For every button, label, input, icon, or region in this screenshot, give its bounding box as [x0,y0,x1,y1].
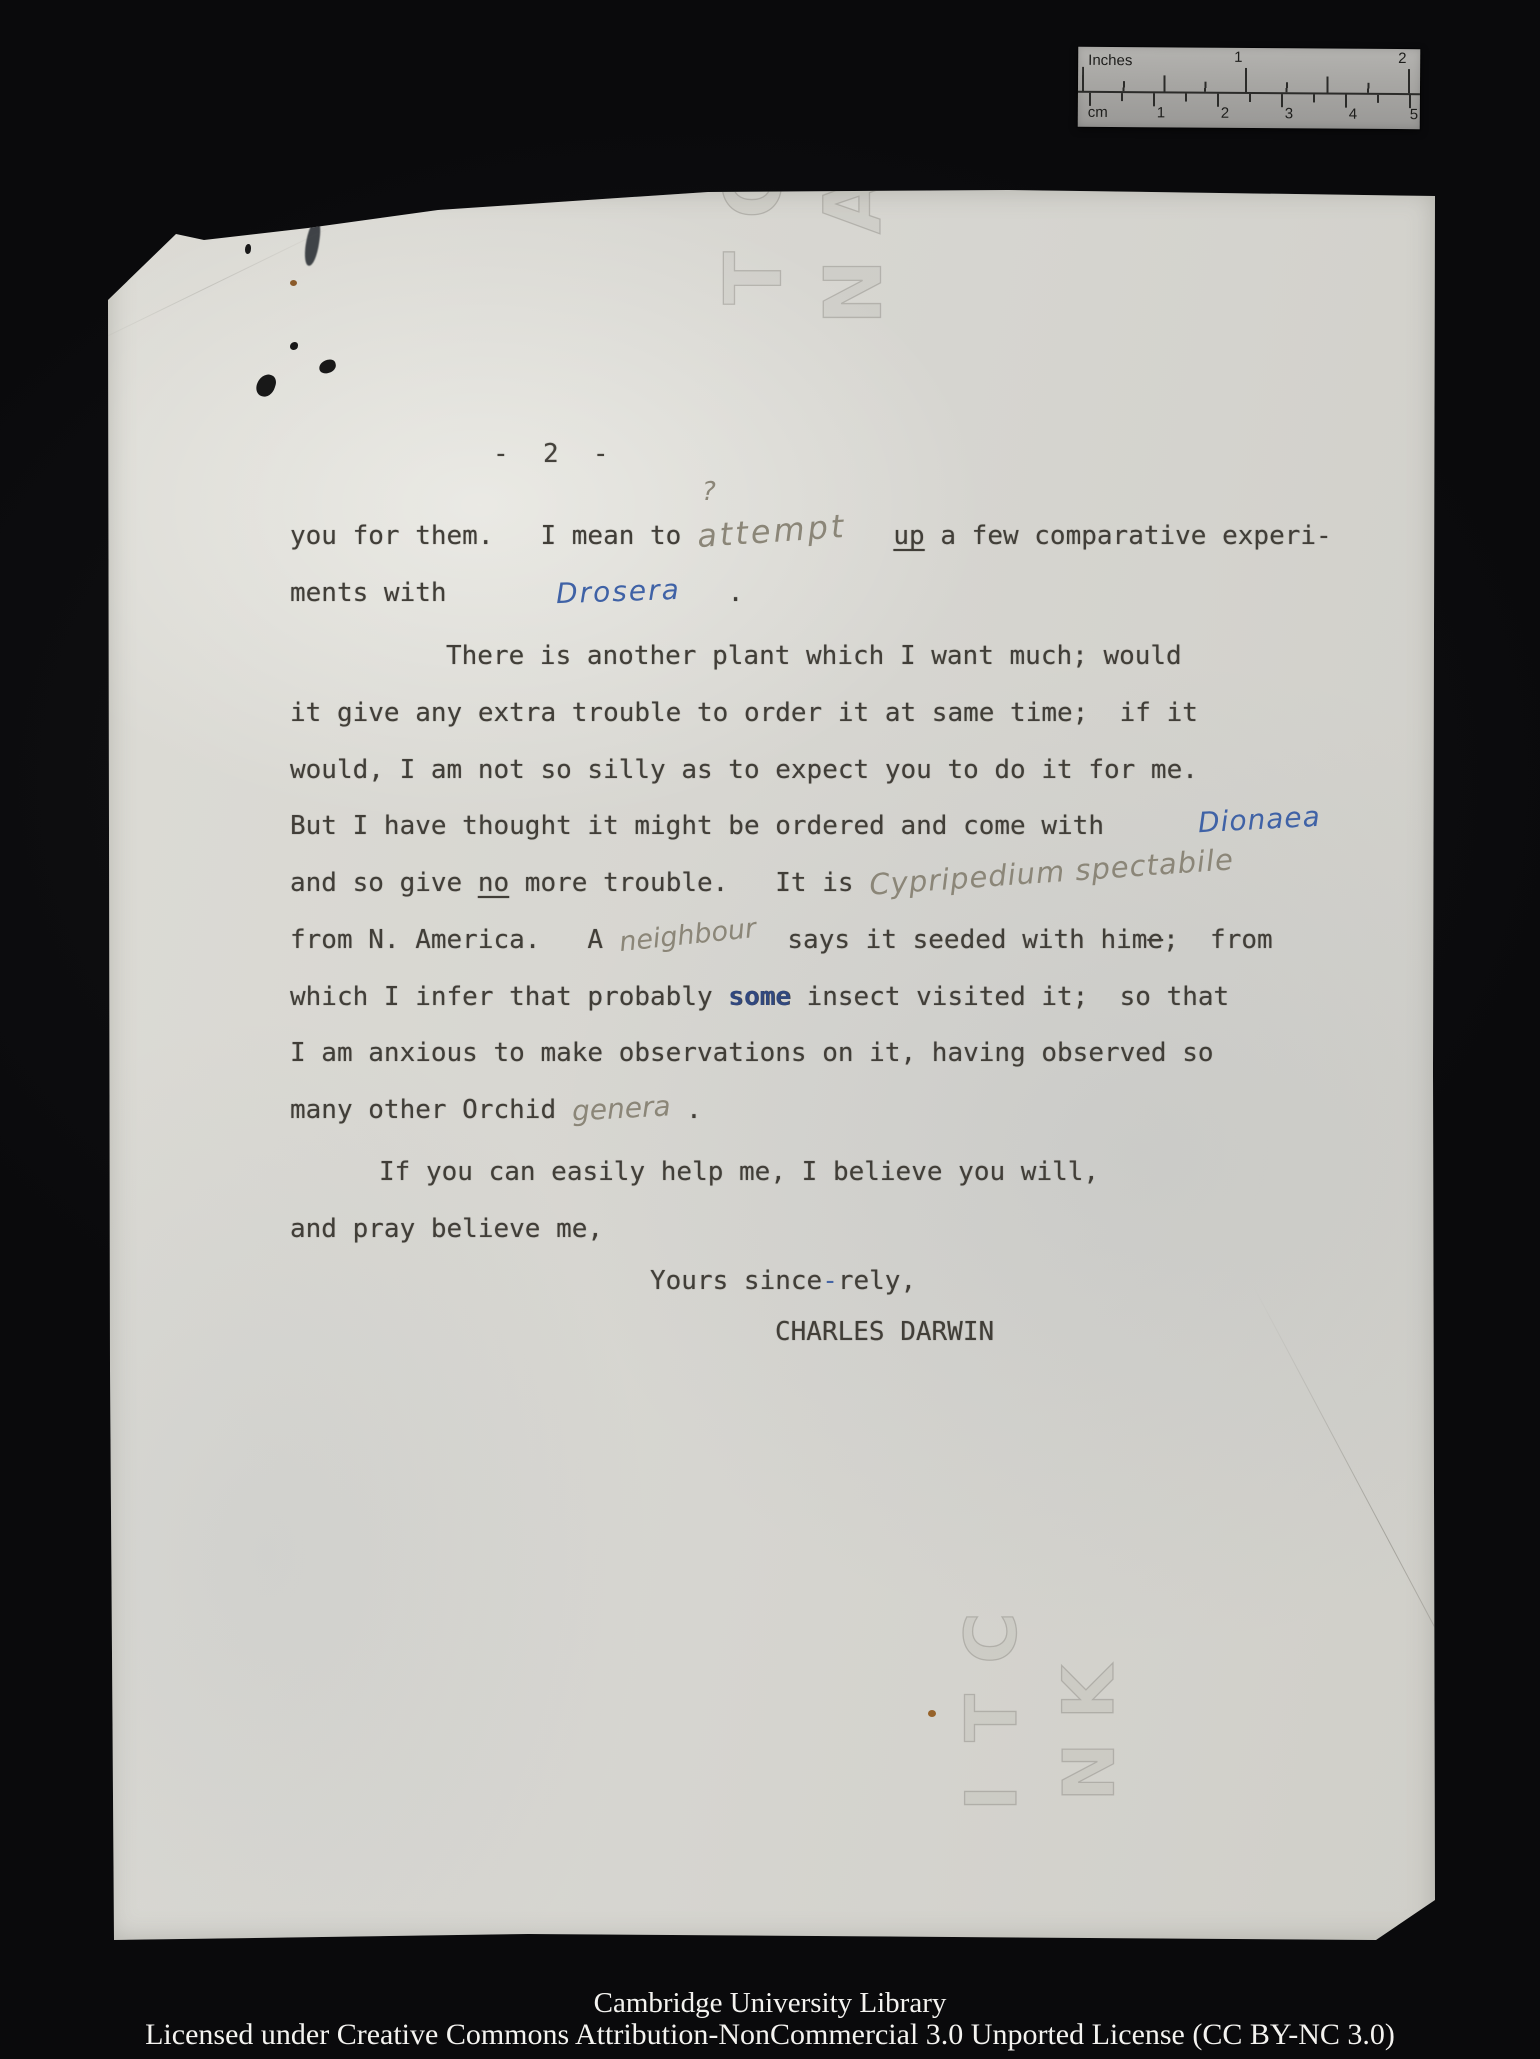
ruler-cm-number: 5 [1410,107,1418,123]
ruler-cm-number: 1 [1157,105,1165,121]
ruler-inch-number: 2 [1398,51,1406,67]
paper-hole [254,372,278,399]
overtyped-some: some [728,982,791,1012]
watermark-letters: CT [726,146,783,322]
handwritten-cypripedium-spectabile: Cypripedium spectabile [869,849,1235,894]
handwritten-attempt: attempt [696,516,846,546]
watermark-letter: I [952,1785,1032,1811]
watermark-letter: T [952,1694,1032,1742]
paper-crease [1253,1285,1526,1798]
typed-text: from N. America. A [290,925,619,955]
typed-text: ; from [1163,925,1273,955]
letter-page: CTANCTIKN - 2 - you for them. I mean to … [108,190,1435,1940]
watermark-letter: T [711,251,799,304]
typed-text: you for them. I mean to [290,521,697,551]
letter-line: it give any extra trouble to order it at… [290,693,1198,733]
typed-text: a few comparative experi- [925,521,1332,551]
typed-text: e [1147,925,1163,955]
letter-line: and so give no more trouble. It is Cypri… [290,863,1234,903]
scan-photo: Inches cm 1212345 CTANCTIKN - 2 - you fo… [0,0,1540,2059]
watermark-letter: N [1049,1743,1129,1802]
letter-line: But I have thought it might be ordered a… [290,806,1321,846]
letter-line: from N. America. A neighbour says it see… [290,920,1273,960]
watermark-letters: AN [822,160,887,336]
typed-text: many other Orchid [290,1095,572,1125]
typed-text: ments with [290,578,556,608]
typed-text: which I infer that probably [290,982,728,1012]
measurement-ruler: Inches cm 1212345 [1078,47,1421,129]
letter-line: There is another plant which I want much… [446,636,1182,676]
typed-text: CHARLES DARWIN [775,1317,994,1347]
typed-text: says it seeded with him [756,925,1147,955]
watermark-letter: K [1049,1665,1129,1719]
typed-text: . [670,1095,701,1125]
watermark-letter: C [952,1612,1032,1663]
letter-line: and pray believe me, [290,1209,603,1249]
typed-text: it give any extra trouble to order it at… [290,698,1198,728]
letter-line: many other Orchid genera . [290,1090,702,1130]
page-number: - 2 - [493,434,610,474]
ruler-cm-label: cm [1088,105,1108,121]
typed-text: would, I am not so silly as to expect yo… [290,755,1198,785]
ruler-cm-number: 2 [1221,106,1229,122]
typed-text: Yours since [650,1266,822,1296]
signature-charles-darwin: CHARLES DARWIN [775,1312,994,1352]
handwritten-dionaea: Dionaea [1197,807,1321,833]
typed-text: and so give [290,868,478,898]
typed-text: But I have thought it might be ordered a… [290,811,1198,841]
caption: Cambridge University Library Licensed un… [0,1988,1540,2051]
ink-smudge [303,219,322,266]
paper-hole [318,358,338,375]
ruler-cm-number: 4 [1349,107,1357,123]
typed-text: more trouble. It is [509,868,869,898]
letter-line: would, I am not so silly as to expect yo… [290,750,1198,790]
watermark-letters: KN [1060,1652,1119,1812]
typed-text: I am anxious to make observations on it,… [290,1038,1214,1068]
ruler-inch-number: 1 [1234,50,1242,66]
typed-text: - [822,1266,838,1296]
rust-spot [928,1710,936,1717]
handwritten-neighbour: neighbour [618,919,757,953]
typed-text: no [478,868,509,898]
handwritten-drosera: Drosera [556,580,681,604]
typed-text [846,521,893,551]
typed-text: There is another plant which I want much… [446,641,1182,671]
paper-crease [78,223,339,351]
pencil-question-mark: ? [702,482,716,502]
letter-line: ments with Drosera . [290,573,743,613]
watermark-letter: C [711,161,799,218]
typed-text: If you can easily help me, I believe you… [379,1157,1099,1187]
typed-text: and pray believe me, [290,1214,603,1244]
letter-line: I am anxious to make observations on it,… [290,1033,1214,1073]
watermark-letters: CTI [966,1598,1017,1838]
license-text: Licensed under Creative Commons Attribut… [0,2019,1540,2051]
handwritten-genera: genera [571,1096,671,1121]
typed-text: rely, [838,1266,916,1296]
ruler-cm-number: 3 [1285,106,1293,122]
paper-speck [245,244,251,254]
watermark-letter: N [811,259,899,324]
typed-text: up [893,521,924,551]
paper-speck [290,342,298,350]
watermark-letter: A [811,174,899,234]
rust-spot [290,280,297,286]
letter-line: If you can easily help me, I believe you… [379,1152,1099,1192]
letter-line: you for them. I mean to attempt up? a fe… [290,516,1332,556]
typed-text: . [681,578,744,608]
library-credit: Cambridge University Library [0,1988,1540,2019]
signature-closing: Yours since-rely, [650,1261,916,1301]
typed-text: insect visited it; so that [791,982,1229,1012]
letter-line: which I infer that probably some insect … [290,977,1229,1017]
